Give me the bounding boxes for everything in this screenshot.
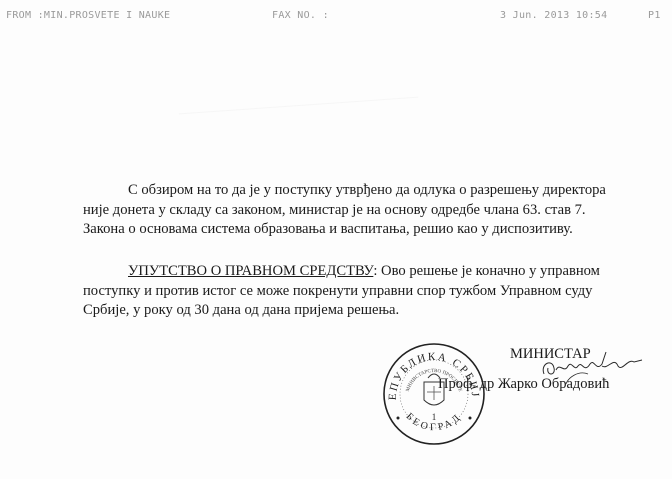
scan-bleed-through <box>179 97 421 155</box>
svg-text:1: 1 <box>432 412 437 422</box>
fax-number-label: FAX NO. : <box>272 10 329 21</box>
fax-datetime: 3 Jun. 2013 10:54 <box>500 10 607 21</box>
paragraph-line: није донета у складу са законом, министа… <box>83 201 643 221</box>
paragraph-line: поступку и против истог се може покренут… <box>83 282 643 302</box>
paragraph-line: Србије, у року од 30 дана од дана пријем… <box>83 301 643 321</box>
official-stamp-icon: РЕПУБЛИКА СРБИЈА БЕОГРАД МИНИСТАРСТВО ПР… <box>382 342 486 446</box>
paragraph-line: Закона о основама система образовања и в… <box>83 220 643 240</box>
fax-from: FROM :MIN.PROSVETE I NAUKE <box>6 10 170 21</box>
legal-remedy-line-rest: : Ово решење је коначно у управном <box>373 263 600 279</box>
decision-reasoning-paragraph: С обзиром на то да је у поступку утврђен… <box>83 181 643 240</box>
paragraph-line: С обзиром на то да је у поступку утврђен… <box>83 181 643 201</box>
fax-header: FROM :MIN.PROSVETE I NAUKE FAX NO. : 3 J… <box>0 10 672 24</box>
handwritten-signature-icon <box>538 344 648 384</box>
signature-block: РЕПУБЛИКА СРБИЈА БЕОГРАД МИНИСТАРСТВО ПР… <box>378 340 668 460</box>
legal-remedy-heading: УПУТСТВО О ПРАВНОМ СРЕДСТВУ <box>128 263 373 279</box>
paragraph-line: УПУТСТВО О ПРАВНОМ СРЕДСТВУ: Ово решење … <box>83 262 643 282</box>
legal-remedy-paragraph: УПУТСТВО О ПРАВНОМ СРЕДСТВУ: Ово решење … <box>83 262 643 321</box>
fax-page-number: P1 <box>648 10 661 21</box>
